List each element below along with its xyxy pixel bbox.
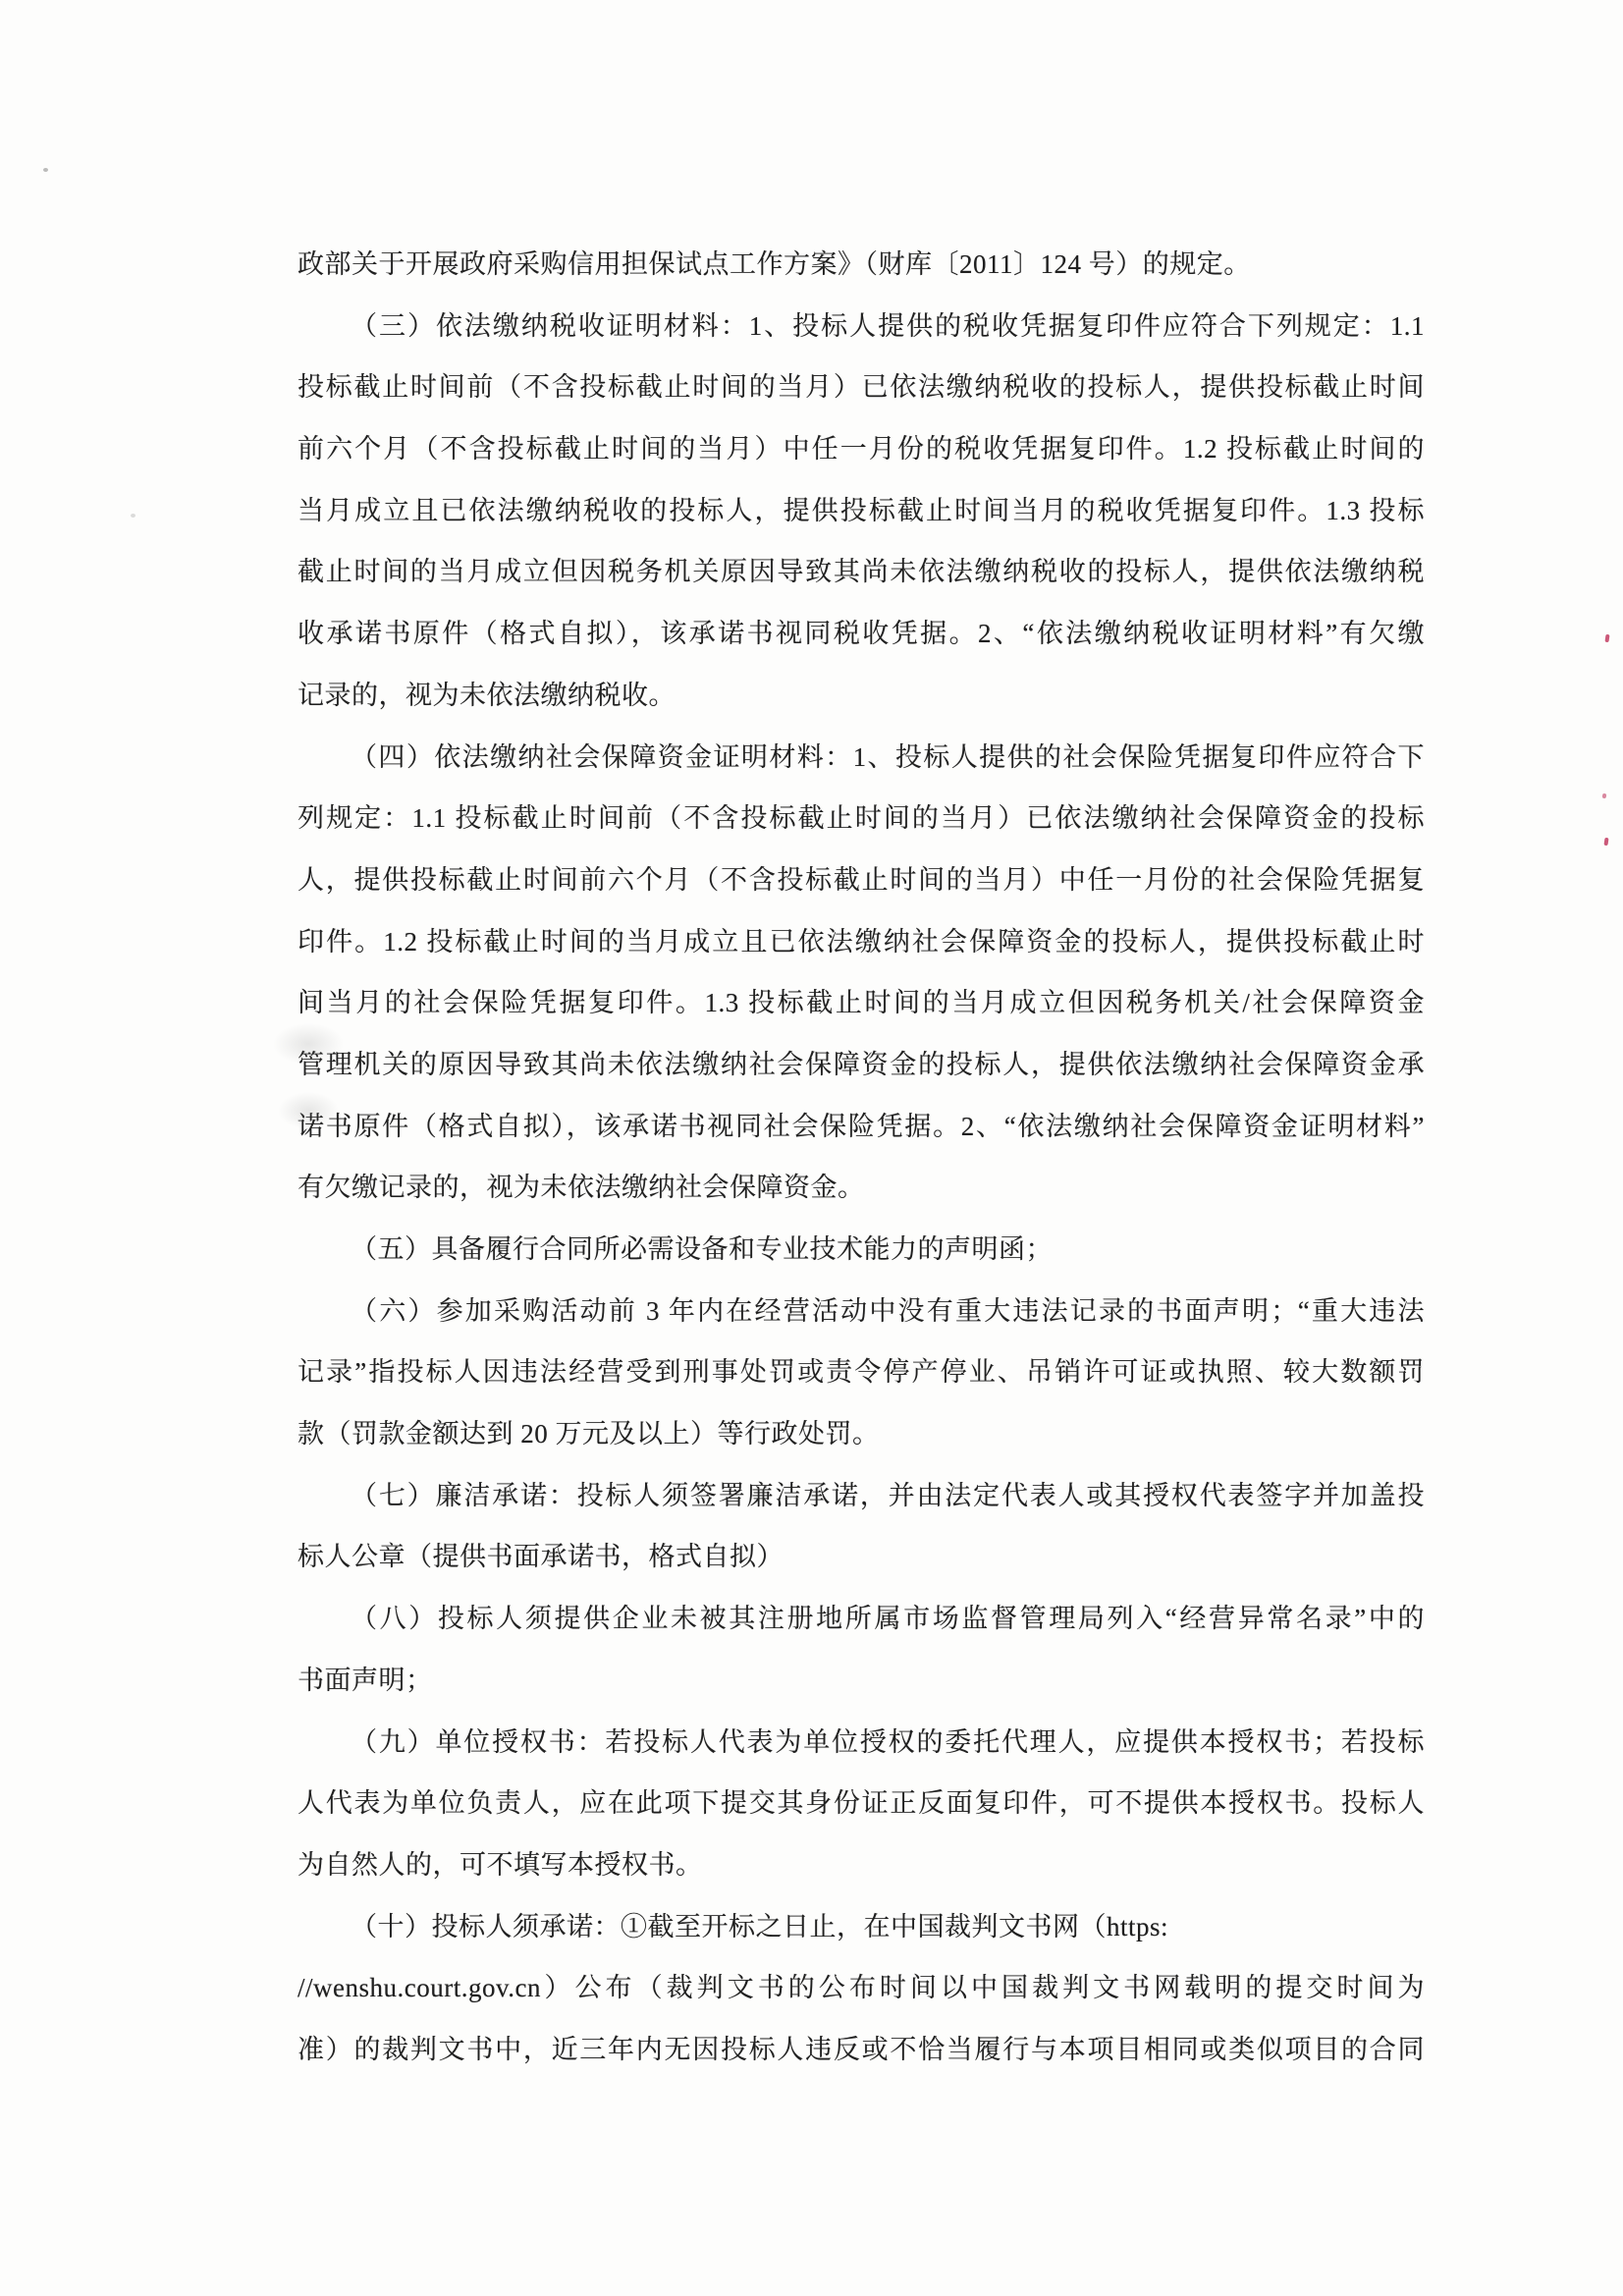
text-line-30: 准）的裁判文书中，近三年内无因投标人违反或不恰当履行与本项目相同或类似项目的合同	[298, 2019, 1425, 2081]
text-line-14: 管理机关的原因导致其尚未依法缴纳社会保障资金的投标人，提供依法缴纳社会保障资金承	[298, 1034, 1425, 1096]
text-line-8: 记录的，视为未依法缴纳税收。	[298, 665, 1425, 727]
text-line-10: 列规定：1.1 投标截止时间前（不含投标截止时间的当月）已依法缴纳社会保障资金的…	[298, 788, 1425, 849]
text-line-11: 人，提供投标截止时间前六个月（不含投标截止时间的当月）中任一月份的社会保险凭据复	[298, 849, 1425, 911]
scan-red-speck	[1602, 793, 1607, 799]
text-line-19: 记录”指投标人因违法经营受到刑事处罚或责令停产停业、吊销许可证或执照、较大数额罚	[298, 1341, 1425, 1403]
text-line-22: 标人公章（提供书面承诺书，格式自拟）	[298, 1526, 1425, 1588]
text-line-28: （十）投标人须承诺：①截至开标之日止，在中国裁判文书网（https:	[298, 1896, 1425, 1958]
scan-smudge	[273, 1023, 344, 1065]
text-line-1: 政部关于开展政府采购信用担保试点工作方案》（财库〔2011〕124 号）的规定。	[298, 234, 1425, 296]
text-line-27: 为自然人的，可不填写本授权书。	[298, 1834, 1425, 1896]
text-line-2: （三）依法缴纳税收证明材料：1、投标人提供的税收凭据复印件应符合下列规定：1.1	[298, 296, 1425, 357]
scan-dot-artifact	[131, 514, 135, 518]
text-line-9: （四）依法缴纳社会保障资金证明材料：1、投标人提供的社会保险凭据复印件应符合下	[298, 727, 1425, 789]
text-line-25: （九）单位授权书：若投标人代表为单位授权的委托代理人，应提供本授权书；若投标	[298, 1712, 1425, 1774]
text-line-6: 截止时间的当月成立但因税务机关原因导致其尚未依法缴纳税收的投标人，提供依法缴纳税	[298, 541, 1425, 603]
text-line-18: （六）参加采购活动前 3 年内在经营活动中没有重大违法记录的书面声明；“重大违法	[298, 1281, 1425, 1342]
text-line-26: 人代表为单位负责人，应在此项下提交其身份证正反面复印件，可不提供本授权书。投标人	[298, 1773, 1425, 1834]
text-line-7: 收承诺书原件（格式自拟），该承诺书视同税收凭据。2、“依法缴纳税收证明材料”有欠…	[298, 603, 1425, 665]
text-line-13: 间当月的社会保险凭据复印件。1.3 投标截止时间的当月成立但因税务机关/社会保障…	[298, 972, 1425, 1034]
scan-smudge	[278, 1092, 339, 1129]
document-body: 政部关于开展政府采购信用担保试点工作方案》（财库〔2011〕124 号）的规定。…	[298, 234, 1425, 2081]
text-line-20: 款（罚款金额达到 20 万元及以上）等行政处罚。	[298, 1403, 1425, 1465]
text-line-16: 有欠缴记录的，视为未依法缴纳社会保障资金。	[298, 1157, 1425, 1219]
text-line-29: //wenshu.court.gov.cn）公布（裁判文书的公布时间以中国裁判文…	[298, 1957, 1425, 2019]
text-line-23: （八）投标人须提供企业未被其注册地所属市场监督管理局列入“经营异常名录”中的	[298, 1588, 1425, 1650]
text-line-3: 投标截止时间前（不含投标截止时间的当月）已依法缴纳税收的投标人，提供投标截止时间	[298, 356, 1425, 418]
text-line-12: 印件。1.2 投标截止时间的当月成立且已依法缴纳社会保障资金的投标人，提供投标截…	[298, 911, 1425, 973]
text-line-21: （七）廉洁承诺：投标人须签署廉洁承诺，并由法定代表人或其授权代表签字并加盖投	[298, 1465, 1425, 1527]
text-line-15: 诺书原件（格式自拟），该承诺书视同社会保险凭据。2、“依法缴纳社会保障资金证明材…	[298, 1096, 1425, 1158]
text-line-24: 书面声明；	[298, 1650, 1425, 1712]
scanned-document-page: 政部关于开展政府采购信用担保试点工作方案》（财库〔2011〕124 号）的规定。…	[0, 0, 1623, 2296]
text-line-17: （五）具备履行合同所必需设备和专业技术能力的声明函；	[298, 1219, 1425, 1281]
text-line-5: 当月成立且已依法缴纳税收的投标人，提供投标截止时间当月的税收凭据复印件。1.3 …	[298, 480, 1425, 542]
text-line-4: 前六个月（不含投标截止时间的当月）中任一月份的税收凭据复印件。1.2 投标截止时…	[298, 418, 1425, 480]
scan-red-speck	[1604, 634, 1609, 642]
scan-red-speck	[1603, 838, 1608, 846]
scan-dot-artifact	[43, 168, 48, 172]
